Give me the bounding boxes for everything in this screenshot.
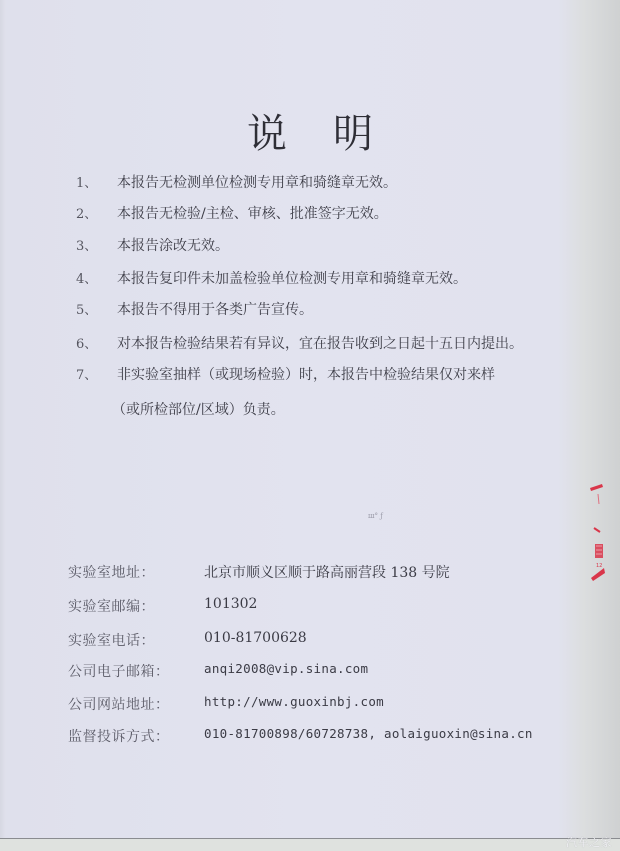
note-text: 本报告不得用于各类广告宣传。 [117,299,313,319]
note-number: 5、 [76,299,97,318]
contact-label: 实验室邮编： [68,596,155,616]
watermark: 汽车之家 [566,834,612,850]
red-seal-fragment: 12 [580,470,610,590]
contact-value: 北京市顺义区顺于路高丽营段 138 号院 [204,562,450,582]
note-number: 2、 [76,203,97,222]
scanned-page: 说 明 1、 本报告无检测单位检测专用章和骑缝章无效。 2、 本报告无检验/主检… [0,0,620,851]
note-text: 本报告无检测单位检测专用章和骑缝章无效。 [117,172,397,192]
scan-mark: ш° ƒ [368,512,383,520]
note-text: 本报告无检验/主检、审核、批准签字无效。 [117,203,388,223]
note-number: 7、 [76,364,97,383]
contact-label: 监督投诉方式： [68,726,170,746]
title-char-2: 明 [333,102,373,159]
note-number: 6、 [76,333,97,352]
contact-label: 公司电子邮箱： [68,661,170,681]
note-number: 3、 [76,235,97,254]
contact-value: 010-81700628 [204,630,307,646]
contact-label: 公司网站地址： [68,694,170,714]
page-bottom-edge [0,838,620,851]
note-text: 对本报告检验结果若有异议，宜在报告收到之日起十五日内提出。 [117,333,523,353]
svg-text:12: 12 [596,563,602,569]
note-text: 非实验室抽样（或现场检验）时，本报告中检验结果仅对来样 [117,364,495,384]
contact-label: 实验室电话： [68,630,155,650]
contact-value: 101302 [204,596,257,612]
note-text: （或所检部位/区域）负责。 [112,399,285,419]
note-number: 4、 [76,268,97,287]
contact-value: 010-81700898/60728738, aolaiguoxin@sina.… [204,726,533,741]
note-number: 1、 [76,172,97,191]
note-text: 本报告复印件未加盖检验单位检测专用章和骑缝章无效。 [117,268,467,288]
note-text: 本报告涂改无效。 [117,235,229,255]
page-title: 说 明 [0,102,620,159]
contact-value: http://www.guoxinbj.com [204,694,384,709]
contact-label: 实验室地址： [68,562,155,582]
contact-value: anqi2008@vip.sina.com [204,661,368,676]
title-char-1: 说 [247,102,287,159]
